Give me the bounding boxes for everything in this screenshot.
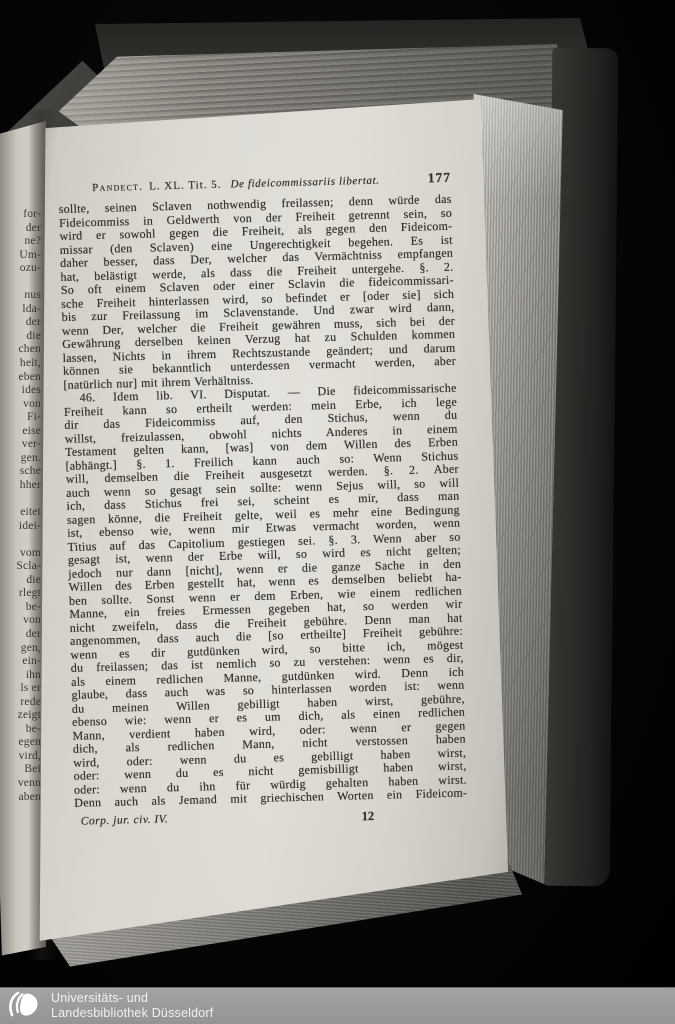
header-work-title: Pandect. xyxy=(92,181,143,194)
book-scan-photo: for-derne?Um-ozu- nuslda-derdiechenheit,… xyxy=(0,0,675,1024)
paragraph-continued: sollte, seinen Sclaven nothwendig freila… xyxy=(59,193,457,392)
library-bar: Universitäts- und Landesbibliothek Düsse… xyxy=(0,987,675,1024)
sheet-number: 12 xyxy=(361,808,374,823)
page-number: 177 xyxy=(428,170,452,187)
ulb-duesseldorf-logo xyxy=(5,990,41,1022)
header-chapter-title: De fideicommissariis libertat. xyxy=(230,175,379,191)
page-text-block: Pandect. L. XL. Tit. 5. De fideicommissa… xyxy=(58,170,468,832)
library-name: Universitäts- und Landesbibliothek Düsse… xyxy=(51,991,213,1021)
volume-signature: Corp. jur. civ. IV. xyxy=(75,813,169,827)
paragraph-section-46: 46. Idem lib. VI. Disputat. — Die fideic… xyxy=(64,382,468,811)
library-name-line2: Landesbibliothek Düsseldorf xyxy=(51,1006,213,1021)
library-name-line1: Universitäts- und xyxy=(51,991,213,1006)
header-citation: L. XL. Tit. 5. xyxy=(149,179,222,193)
